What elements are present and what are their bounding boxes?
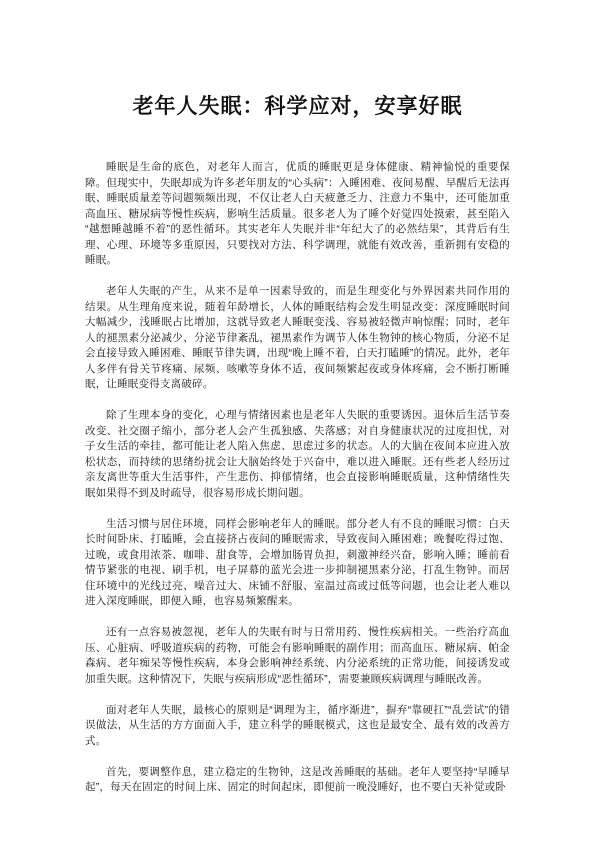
paragraph-physiological-causes: 老年人失眠的产生，从来不是单一因素导致的，而是生理变化与外界因素共同作用的结果。… <box>85 284 510 393</box>
document-page: 老年人失眠：科学应对，安享好眠 睡眠是生命的底色，对老年人而言，优质的睡眠更是身… <box>0 0 595 841</box>
document-title: 老年人失眠：科学应对，安享好眠 <box>0 0 595 122</box>
paragraph-medication-disease: 还有一点容易被忽视，老年人的失眠有时与日常用药、慢性疾病相关。一些治疗高血压、心… <box>85 625 510 687</box>
document-body: 睡眠是生命的底色，对老年人而言，优质的睡眠更是身体健康、精神愉悦的重要保障。但现… <box>0 160 595 796</box>
paragraph-core-principle: 面对老年人失眠，最核心的原则是“调理为主，循序渐进”，摒弃“靠硬扛”“乱尝试”的… <box>85 703 510 750</box>
paragraph-psychological-causes: 除了生理本身的变化，心理与情绪因素也是老年人失眠的重要诱因。退休后生活节奏改变、… <box>85 408 510 501</box>
paragraph-intro: 睡眠是生命的底色，对老年人而言，优质的睡眠更是身体健康、精神愉悦的重要保障。但现… <box>85 160 510 269</box>
paragraph-routine-advice: 首先，要调整作息，建立稳定的生物钟，这是改善睡眠的基础。老年人要坚持“早睡早起”… <box>85 765 510 796</box>
paragraph-lifestyle-environment: 生活习惯与居住环境，同样会影响老年人的睡眠。部分老人有不良的睡眠习惯：白天长时间… <box>85 517 510 610</box>
